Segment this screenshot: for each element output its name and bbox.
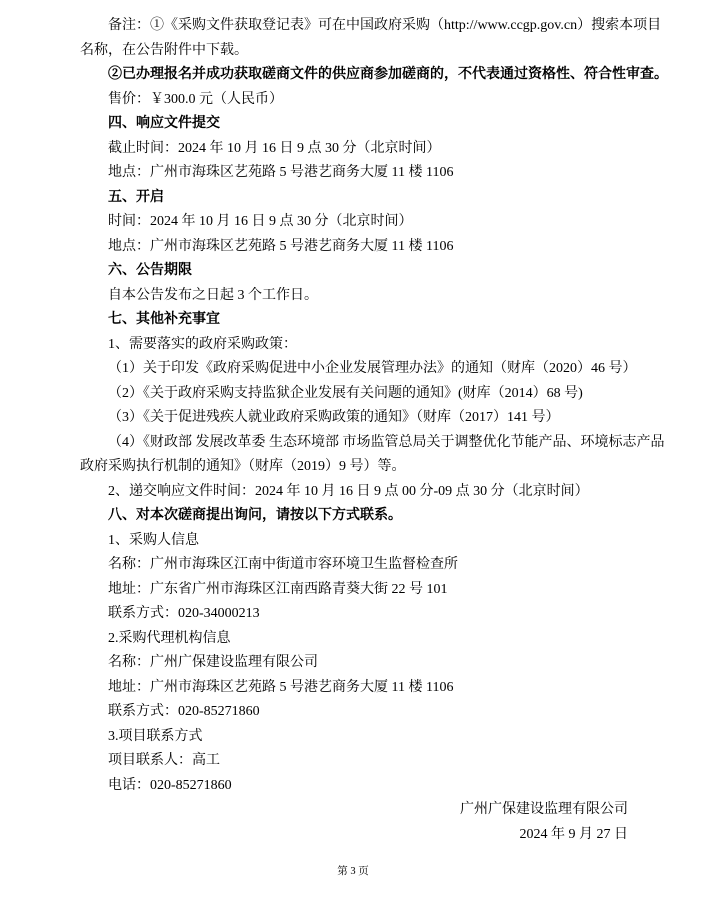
opening-location-line: 地点：广州市海珠区艺苑路 5 号港艺商务大厦 11 楼 1106: [80, 235, 628, 260]
section-4-heading: 四、响应文件提交: [80, 112, 628, 137]
announcement-period-line: 自本公告发布之日起 3 个工作日。: [80, 284, 628, 309]
signature-date-line: 2024 年 9 月 27 日: [80, 823, 628, 848]
project-contact-person-line: 项目联系人：高工: [80, 749, 628, 774]
note-line-2-bold: ②已办理报名并成功获取磋商文件的供应商参加磋商的，不代表通过资格性、符合性审查。: [80, 63, 628, 88]
project-phone-line: 电话：020-85271860: [80, 774, 628, 799]
page-number-footer: 第 3 页: [0, 864, 706, 880]
project-contact-heading: 3.项目联系方式: [80, 725, 628, 750]
submission-deadline-line: 截止时间：2024 年 10 月 16 日 9 点 30 分（北京时间）: [80, 137, 628, 162]
purchaser-name-line: 名称：广州市海珠区江南中街道市容环境卫生监督检查所: [80, 553, 628, 578]
purchaser-info-heading: 1、采购人信息: [80, 529, 628, 554]
agency-info-heading: 2.采购代理机构信息: [80, 627, 628, 652]
note-line-1-continuation: 名称，在公告附件中下载。: [80, 39, 628, 64]
document-page: 备注：①《采购文件获取登记表》可在中国政府采购（http://www.ccgp.…: [0, 0, 706, 903]
signature-company-line: 广州广保建设监理有限公司: [80, 798, 628, 823]
agency-name-line: 名称：广州广保建设监理有限公司: [80, 651, 628, 676]
opening-time-line: 时间：2024 年 10 月 16 日 9 点 30 分（北京时间）: [80, 210, 628, 235]
policy-item-4: （4）《财政部 发展改革委 生态环境部 市场监管总局关于调整优化节能产品、环境标…: [80, 431, 628, 456]
section-8-heading: 八、对本次磋商提出询问，请按以下方式联系。: [80, 504, 628, 529]
price-line: 售价：￥300.0 元（人民币）: [80, 88, 628, 113]
purchaser-address-line: 地址：广东省广州市海珠区江南西路青葵大街 22 号 101: [80, 578, 628, 603]
policy-item-2: （2）《关于政府采购支持监狱企业发展有关问题的通知》(财库（2014）68 号): [80, 382, 628, 407]
submit-response-time-line: 2、递交响应文件时间：2024 年 10 月 16 日 9 点 00 分-09 …: [80, 480, 628, 505]
purchaser-contact-line: 联系方式：020-34000213: [80, 602, 628, 627]
section-5-heading: 五、开启: [80, 186, 628, 211]
agency-address-line: 地址：广州市海珠区艺苑路 5 号港艺商务大厦 11 楼 1106: [80, 676, 628, 701]
agency-contact-line: 联系方式：020-85271860: [80, 700, 628, 725]
section-6-heading: 六、公告期限: [80, 259, 628, 284]
policy-intro-line: 1、需要落实的政府采购政策：: [80, 333, 628, 358]
submission-location-line: 地点：广州市海珠区艺苑路 5 号港艺商务大厦 11 楼 1106: [80, 161, 628, 186]
policy-item-3: （3）《关于促进残疾人就业政府采购政策的通知》（财库（2017）141 号）: [80, 406, 628, 431]
policy-item-4-continuation: 政府采购执行机制的通知》（财库（2019）9 号）等。: [80, 455, 628, 480]
section-7-heading: 七、其他补充事宜: [80, 308, 628, 333]
document-body: 备注：①《采购文件获取登记表》可在中国政府采购（http://www.ccgp.…: [80, 14, 628, 847]
note-line-1: 备注：①《采购文件获取登记表》可在中国政府采购（http://www.ccgp.…: [80, 14, 628, 39]
policy-item-1: （1）关于印发《政府采购促进中小企业发展管理办法》的通知（财库（2020）46 …: [80, 357, 628, 382]
